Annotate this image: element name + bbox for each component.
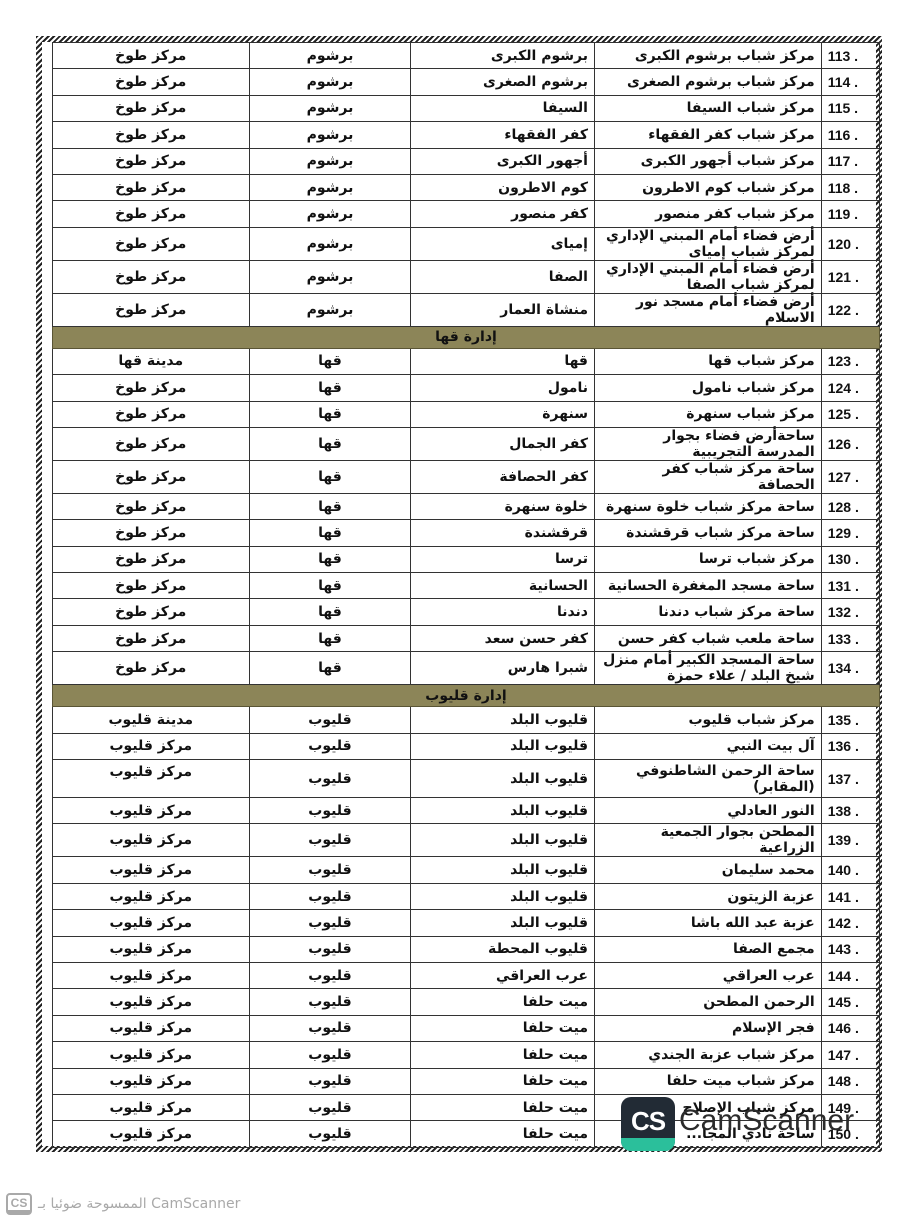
- village-cell: قليوب المحطة: [411, 936, 595, 962]
- local-unit-cell: قليوب: [249, 936, 411, 962]
- table-row: 136 .آل بيت النبيقليوب البلدقليوبمركز قل…: [53, 733, 880, 759]
- center-cell: مركز قليوب: [53, 733, 250, 759]
- local-unit-cell: برشوم: [249, 260, 411, 293]
- center-cell: مدينة قها: [53, 348, 250, 374]
- table-row: 127 .ساحة مركز شباب كفر الحصافةكفر الحصا…: [53, 460, 880, 493]
- row-number: 137 .: [821, 760, 879, 798]
- table-row: 121 .أرض فضاء أمام المبني الإداري لمركز …: [53, 260, 880, 293]
- local-unit-cell: قها: [249, 493, 411, 519]
- village-cell: إمياى: [411, 227, 595, 260]
- local-unit-cell: قها: [249, 573, 411, 599]
- local-unit-cell: قها: [249, 375, 411, 401]
- location-name-cell: مجمع الصفا: [594, 936, 821, 962]
- village-cell: ميت حلفا: [411, 1042, 595, 1068]
- table-row: 135 .مركز شباب قليوبقليوب البلدقليوبمدين…: [53, 707, 880, 733]
- village-cell: السيفا: [411, 95, 595, 121]
- center-cell: مركز قليوب: [53, 1015, 250, 1041]
- center-cell: مركز طوخ: [53, 227, 250, 260]
- locations-table: 113 .مركز شباب برشوم الكبرىبرشوم الكبرىب…: [52, 42, 880, 1148]
- center-cell: مركز قليوب: [53, 962, 250, 988]
- location-name-cell: الرحمن المطحن: [594, 989, 821, 1015]
- location-name-cell: مركز شباب برشوم الصغرى: [594, 69, 821, 95]
- center-cell: مركز طوخ: [53, 293, 250, 326]
- row-number: 113 .: [821, 43, 879, 69]
- row-number: 124 .: [821, 375, 879, 401]
- center-cell: مركز طوخ: [53, 375, 250, 401]
- center-cell: مركز قليوب: [53, 760, 250, 798]
- table-row: 129 .ساحة مركز شباب قرقشندةقرقشندةقهامرك…: [53, 520, 880, 546]
- location-name-cell: مركز شباب السيفا: [594, 95, 821, 121]
- village-cell: ميت حلفا: [411, 989, 595, 1015]
- center-cell: مركز قليوب: [53, 1121, 250, 1147]
- camscanner-logo-accent: [621, 1138, 675, 1151]
- center-cell: مركز طوخ: [53, 69, 250, 95]
- local-unit-cell: قها: [249, 348, 411, 374]
- table-row: 123 .مركز شباب قهاقهاقهامدينة قها: [53, 348, 880, 374]
- center-cell: مركز قليوب: [53, 936, 250, 962]
- location-name-cell: ساحة مركز شباب قرقشندة: [594, 520, 821, 546]
- row-number: 142 .: [821, 910, 879, 936]
- table-row: 146 .فجر الإسلامميت حلفاقليوبمركز قليوب: [53, 1015, 880, 1041]
- table-row: 144 .عرب العراقيعرب العراقيقليوبمركز قلي…: [53, 962, 880, 988]
- location-name-cell: المطحن بجوار الجمعية الزراعية: [594, 824, 821, 857]
- village-cell: شبرا هارس: [411, 652, 595, 685]
- location-name-cell: عزبة الزيتون: [594, 883, 821, 909]
- local-unit-cell: قليوب: [249, 733, 411, 759]
- row-number: 116 .: [821, 122, 879, 148]
- row-number: 115 .: [821, 95, 879, 121]
- row-number: 132 .: [821, 599, 879, 625]
- row-number: 135 .: [821, 707, 879, 733]
- location-name-cell: ساحة المسجد الكبير أمام منزل شيخ البلد /…: [594, 652, 821, 685]
- local-unit-cell: قليوب: [249, 1094, 411, 1120]
- location-name-cell: أرض فضاء أمام المبني الإداري لمركز شباب …: [594, 227, 821, 260]
- local-unit-cell: برشوم: [249, 293, 411, 326]
- center-cell: مركز قليوب: [53, 857, 250, 883]
- table-row: 145 .الرحمن المطحنميت حلفاقليوبمركز قليو…: [53, 989, 880, 1015]
- local-unit-cell: قها: [249, 427, 411, 460]
- center-cell: مركز طوخ: [53, 520, 250, 546]
- village-cell: الحسانية: [411, 573, 595, 599]
- location-name-cell: مركز شباب نامول: [594, 375, 821, 401]
- local-unit-cell: برشوم: [249, 148, 411, 174]
- local-unit-cell: قليوب: [249, 962, 411, 988]
- row-number: 121 .: [821, 260, 879, 293]
- location-name-cell: عزبة عبد الله باشا: [594, 910, 821, 936]
- village-cell: نامول: [411, 375, 595, 401]
- location-name-cell: مركز شباب برشوم الكبرى: [594, 43, 821, 69]
- table-row: 134 .ساحة المسجد الكبير أمام منزل شيخ ال…: [53, 652, 880, 685]
- local-unit-cell: قليوب: [249, 883, 411, 909]
- village-cell: أجهور الكبرى: [411, 148, 595, 174]
- location-name-cell: مركز شباب قليوب: [594, 707, 821, 733]
- location-name-cell: مركز شباب كفر منصور: [594, 201, 821, 227]
- location-name-cell: ساحة مركز شباب دندنا: [594, 599, 821, 625]
- location-name-cell: مركز شباب سنهرة: [594, 401, 821, 427]
- village-cell: قرقشندة: [411, 520, 595, 546]
- row-number: 141 .: [821, 883, 879, 909]
- village-cell: قليوب البلد: [411, 824, 595, 857]
- local-unit-cell: قليوب: [249, 824, 411, 857]
- center-cell: مركز قليوب: [53, 910, 250, 936]
- table-row: 148 .مركز شباب ميت حلفاميت حلفاقليوبمركز…: [53, 1068, 880, 1094]
- village-cell: كفر الحصافة: [411, 460, 595, 493]
- village-cell: قليوب البلد: [411, 798, 595, 824]
- table-row: 131 .ساحة مسجد المغفرة الحسانيةالحسانيةق…: [53, 573, 880, 599]
- row-number: 123 .: [821, 348, 879, 374]
- center-cell: مركز طوخ: [53, 427, 250, 460]
- local-unit-cell: برشوم: [249, 122, 411, 148]
- location-name-cell: ساحة مركز شباب كفر الحصافة: [594, 460, 821, 493]
- table-row: 138 .النور العادليقليوب البلدقليوبمركز ق…: [53, 798, 880, 824]
- row-number: 122 .: [821, 293, 879, 326]
- table-row: 118 .مركز شباب كوم الاطرونكوم الاطرونبرش…: [53, 174, 880, 200]
- center-cell: مركز طوخ: [53, 573, 250, 599]
- table-row: 117 .مركز شباب أجهور الكبرىأجهور الكبرىب…: [53, 148, 880, 174]
- village-cell: قليوب البلد: [411, 733, 595, 759]
- village-cell: برشوم الصغرى: [411, 69, 595, 95]
- village-cell: برشوم الكبرى: [411, 43, 595, 69]
- village-cell: ميت حلفا: [411, 1015, 595, 1041]
- table-row: 124 .مركز شباب نامولنامولقهامركز طوخ: [53, 375, 880, 401]
- table-row: 125 .مركز شباب سنهرةسنهرةقهامركز طوخ: [53, 401, 880, 427]
- row-number: 119 .: [821, 201, 879, 227]
- location-name-cell: فجر الإسلام: [594, 1015, 821, 1041]
- table-row: 128 .ساحة مركز شباب خلوة سنهرةخلوة سنهرة…: [53, 493, 880, 519]
- camscanner-logo-icon: CS: [621, 1097, 675, 1151]
- row-number: 143 .: [821, 936, 879, 962]
- center-cell: مركز طوخ: [53, 625, 250, 651]
- local-unit-cell: برشوم: [249, 43, 411, 69]
- table-row: 142 .عزبة عبد الله باشاقليوب البلدقليوبم…: [53, 910, 880, 936]
- local-unit-cell: قليوب: [249, 1015, 411, 1041]
- row-number: 138 .: [821, 798, 879, 824]
- local-unit-cell: قليوب: [249, 1042, 411, 1068]
- section-header-row: إدارة قليوب: [53, 685, 880, 707]
- center-cell: مركز طوخ: [53, 546, 250, 572]
- village-cell: كفر منصور: [411, 201, 595, 227]
- table-row: 115 .مركز شباب السيفاالسيفابرشوممركز طوخ: [53, 95, 880, 121]
- table-row: 132 .ساحة مركز شباب دندنادندناقهامركز طو…: [53, 599, 880, 625]
- center-cell: مركز قليوب: [53, 1068, 250, 1094]
- row-number: 144 .: [821, 962, 879, 988]
- row-number: 127 .: [821, 460, 879, 493]
- table-row: 120 .أرض فضاء أمام المبني الإداري لمركز …: [53, 227, 880, 260]
- table-row: 119 .مركز شباب كفر منصوركفر منصوربرشوممر…: [53, 201, 880, 227]
- table-row: 137 .ساحة الرحمن الشاطنوفي (المقابر)قليو…: [53, 760, 880, 798]
- location-name-cell: ساحة الرحمن الشاطنوفي (المقابر): [594, 760, 821, 798]
- row-number: 134 .: [821, 652, 879, 685]
- center-cell: مركز طوخ: [53, 652, 250, 685]
- village-cell: قليوب البلد: [411, 760, 595, 798]
- local-unit-cell: قها: [249, 520, 411, 546]
- village-cell: قليوب البلد: [411, 707, 595, 733]
- center-cell: مدينة قليوب: [53, 707, 250, 733]
- row-number: 126 .: [821, 427, 879, 460]
- village-cell: عرب العراقي: [411, 962, 595, 988]
- local-unit-cell: قليوب: [249, 707, 411, 733]
- local-unit-cell: برشوم: [249, 174, 411, 200]
- table-row: 133 .ساحة ملعب شباب كفر حسنكفر حسن سعدقه…: [53, 625, 880, 651]
- village-cell: كوم الاطرون: [411, 174, 595, 200]
- row-number: 147 .: [821, 1042, 879, 1068]
- local-unit-cell: قها: [249, 460, 411, 493]
- center-cell: مركز قليوب: [53, 883, 250, 909]
- row-number: 130 .: [821, 546, 879, 572]
- center-cell: مركز طوخ: [53, 493, 250, 519]
- table-row: 116 .مركز شباب كفر الفقهاءكفر الفقهاءبرش…: [53, 122, 880, 148]
- section-title: إدارة قليوب: [53, 685, 880, 707]
- village-cell: كفر حسن سعد: [411, 625, 595, 651]
- location-name-cell: ساحة مركز شباب خلوة سنهرة: [594, 493, 821, 519]
- table-row: 140 .محمد سليمانقليوب البلدقليوبمركز قلي…: [53, 857, 880, 883]
- village-cell: ميت حلفا: [411, 1094, 595, 1120]
- location-name-cell: ساحةأرض فضاء بجوار المدرسة التجريبية: [594, 427, 821, 460]
- local-unit-cell: قها: [249, 625, 411, 651]
- center-cell: مركز طوخ: [53, 95, 250, 121]
- local-unit-cell: قليوب: [249, 857, 411, 883]
- village-cell: ميت حلفا: [411, 1121, 595, 1147]
- camscanner-logo-text: CS: [621, 1106, 675, 1137]
- table-row: 126 .ساحةأرض فضاء بجوار المدرسة التجريبي…: [53, 427, 880, 460]
- center-cell: مركز طوخ: [53, 122, 250, 148]
- local-unit-cell: قليوب: [249, 910, 411, 936]
- center-cell: مركز قليوب: [53, 1042, 250, 1068]
- location-name-cell: آل بيت النبي: [594, 733, 821, 759]
- center-cell: مركز قليوب: [53, 1094, 250, 1120]
- center-cell: مركز طوخ: [53, 201, 250, 227]
- row-number: 140 .: [821, 857, 879, 883]
- center-cell: مركز طوخ: [53, 599, 250, 625]
- location-name-cell: مركز شباب عزبة الجندي: [594, 1042, 821, 1068]
- row-number: 136 .: [821, 733, 879, 759]
- location-name-cell: محمد سليمان: [594, 857, 821, 883]
- local-unit-cell: قليوب: [249, 798, 411, 824]
- location-name-cell: مركز شباب كفر الفقهاء: [594, 122, 821, 148]
- local-unit-cell: برشوم: [249, 69, 411, 95]
- village-cell: خلوة سنهرة: [411, 493, 595, 519]
- footer-text: الممسوحة ضوئيا بـ CamScanner: [38, 1196, 240, 1212]
- center-cell: مركز طوخ: [53, 260, 250, 293]
- center-cell: مركز قليوب: [53, 824, 250, 857]
- village-cell: ميت حلفا: [411, 1068, 595, 1094]
- row-number: 118 .: [821, 174, 879, 200]
- village-cell: قها: [411, 348, 595, 374]
- local-unit-cell: برشوم: [249, 95, 411, 121]
- table-row: 113 .مركز شباب برشوم الكبرىبرشوم الكبرىب…: [53, 43, 880, 69]
- location-name-cell: أرض فضاء أمام مسجد نور الاسلام: [594, 293, 821, 326]
- location-name-cell: مركز شباب أجهور الكبرى: [594, 148, 821, 174]
- village-cell: قليوب البلد: [411, 857, 595, 883]
- table-row: 130 .مركز شباب ترساترساقهامركز طوخ: [53, 546, 880, 572]
- center-cell: مركز طوخ: [53, 174, 250, 200]
- village-cell: دندنا: [411, 599, 595, 625]
- village-cell: قليوب البلد: [411, 910, 595, 936]
- village-cell: كفر الجمال: [411, 427, 595, 460]
- local-unit-cell: برشوم: [249, 201, 411, 227]
- local-unit-cell: قها: [249, 652, 411, 685]
- row-number: 128 .: [821, 493, 879, 519]
- table-row: 139 .المطحن بجوار الجمعية الزراعيةقليوب …: [53, 824, 880, 857]
- camscanner-watermark-text: CamScanner: [679, 1104, 854, 1138]
- table-row: 141 .عزبة الزيتونقليوب البلدقليوبمركز قل…: [53, 883, 880, 909]
- table-row: 114 .مركز شباب برشوم الصغرىبرشوم الصغرىب…: [53, 69, 880, 95]
- local-unit-cell: قها: [249, 401, 411, 427]
- row-number: 120 .: [821, 227, 879, 260]
- village-cell: ترسا: [411, 546, 595, 572]
- location-name-cell: ساحة مسجد المغفرة الحسانية: [594, 573, 821, 599]
- location-name-cell: عرب العراقي: [594, 962, 821, 988]
- row-number: 117 .: [821, 148, 879, 174]
- table-row: 122 .أرض فضاء أمام مسجد نور الاسلاممنشاة…: [53, 293, 880, 326]
- local-unit-cell: قها: [249, 599, 411, 625]
- center-cell: مركز طوخ: [53, 148, 250, 174]
- location-name-cell: مركز شباب كوم الاطرون: [594, 174, 821, 200]
- village-cell: منشاة العمار: [411, 293, 595, 326]
- row-number: 148 .: [821, 1068, 879, 1094]
- row-number: 145 .: [821, 989, 879, 1015]
- row-number: 129 .: [821, 520, 879, 546]
- center-cell: مركز قليوب: [53, 798, 250, 824]
- local-unit-cell: قليوب: [249, 1068, 411, 1094]
- camscanner-footer-icon: CS: [6, 1193, 32, 1215]
- section-header-row: إدارة قها: [53, 326, 880, 348]
- row-number: 125 .: [821, 401, 879, 427]
- local-unit-cell: برشوم: [249, 227, 411, 260]
- row-number: 131 .: [821, 573, 879, 599]
- local-unit-cell: قها: [249, 546, 411, 572]
- row-number: 114 .: [821, 69, 879, 95]
- center-cell: مركز طوخ: [53, 43, 250, 69]
- location-name-cell: مركز شباب قها: [594, 348, 821, 374]
- local-unit-cell: قليوب: [249, 989, 411, 1015]
- table-row: 147 .مركز شباب عزبة الجنديميت حلفاقليوبم…: [53, 1042, 880, 1068]
- row-number: 133 .: [821, 625, 879, 651]
- village-cell: قليوب البلد: [411, 883, 595, 909]
- location-name-cell: أرض فضاء أمام المبني الإداري لمركز شباب …: [594, 260, 821, 293]
- village-cell: سنهرة: [411, 401, 595, 427]
- village-cell: الصفا: [411, 260, 595, 293]
- footer-scanned-by: CS الممسوحة ضوئيا بـ CamScanner: [6, 1193, 240, 1215]
- local-unit-cell: قليوب: [249, 1121, 411, 1147]
- row-number: 139 .: [821, 824, 879, 857]
- location-name-cell: النور العادلي: [594, 798, 821, 824]
- location-name-cell: مركز شباب ترسا: [594, 546, 821, 572]
- section-title: إدارة قها: [53, 326, 880, 348]
- location-name-cell: ساحة ملعب شباب كفر حسن: [594, 625, 821, 651]
- row-number: 146 .: [821, 1015, 879, 1041]
- center-cell: مركز طوخ: [53, 460, 250, 493]
- table-row: 143 .مجمع الصفاقليوب المحطةقليوبمركز قلي…: [53, 936, 880, 962]
- center-cell: مركز قليوب: [53, 989, 250, 1015]
- location-name-cell: مركز شباب ميت حلفا: [594, 1068, 821, 1094]
- local-unit-cell: قليوب: [249, 760, 411, 798]
- locations-table-body: 113 .مركز شباب برشوم الكبرىبرشوم الكبرىب…: [53, 43, 880, 1148]
- center-cell: مركز طوخ: [53, 401, 250, 427]
- village-cell: كفر الفقهاء: [411, 122, 595, 148]
